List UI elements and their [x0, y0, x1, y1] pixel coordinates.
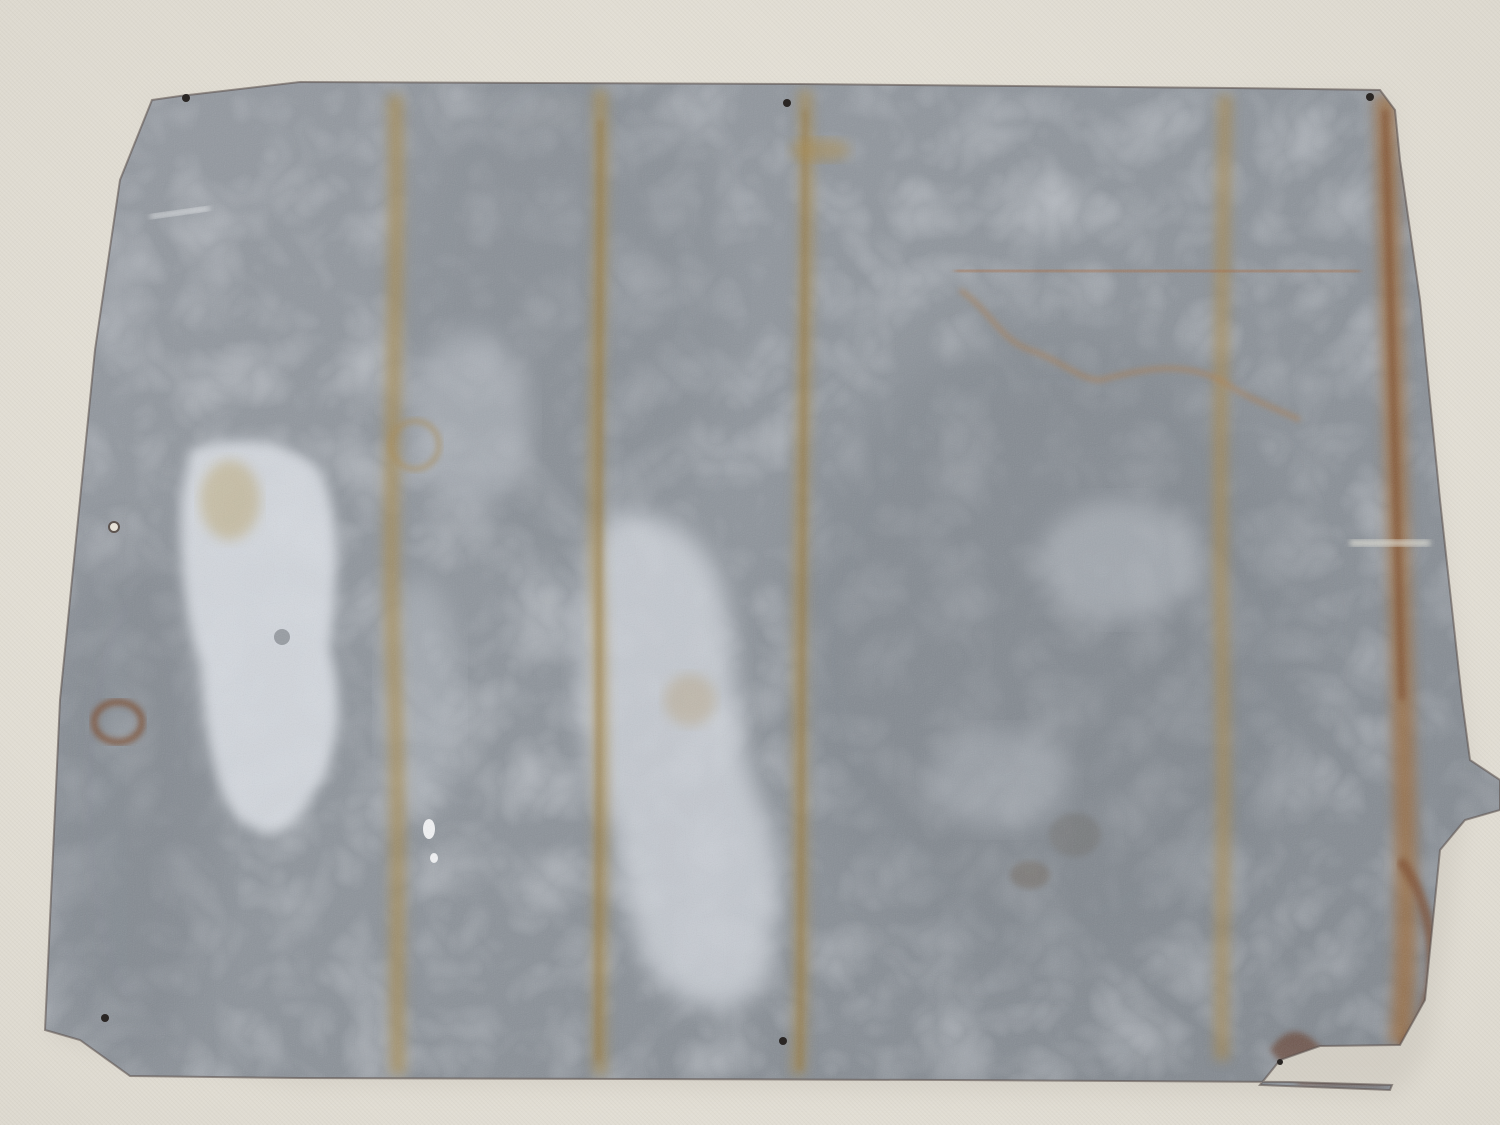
- nail-hole: [182, 94, 190, 102]
- nail-hole: [109, 522, 119, 532]
- nail-hole: [1366, 93, 1374, 101]
- galvanized-sheet: [0, 0, 1500, 1125]
- nail-hole: [1277, 1059, 1283, 1065]
- nail-hole: [779, 1037, 787, 1045]
- sheet-surface: [0, 0, 1500, 1125]
- nail-hole: [783, 99, 791, 107]
- photo-scene: Weathered galvanized metal sheet Off-whi…: [0, 0, 1500, 1125]
- nail-hole: [101, 1014, 109, 1022]
